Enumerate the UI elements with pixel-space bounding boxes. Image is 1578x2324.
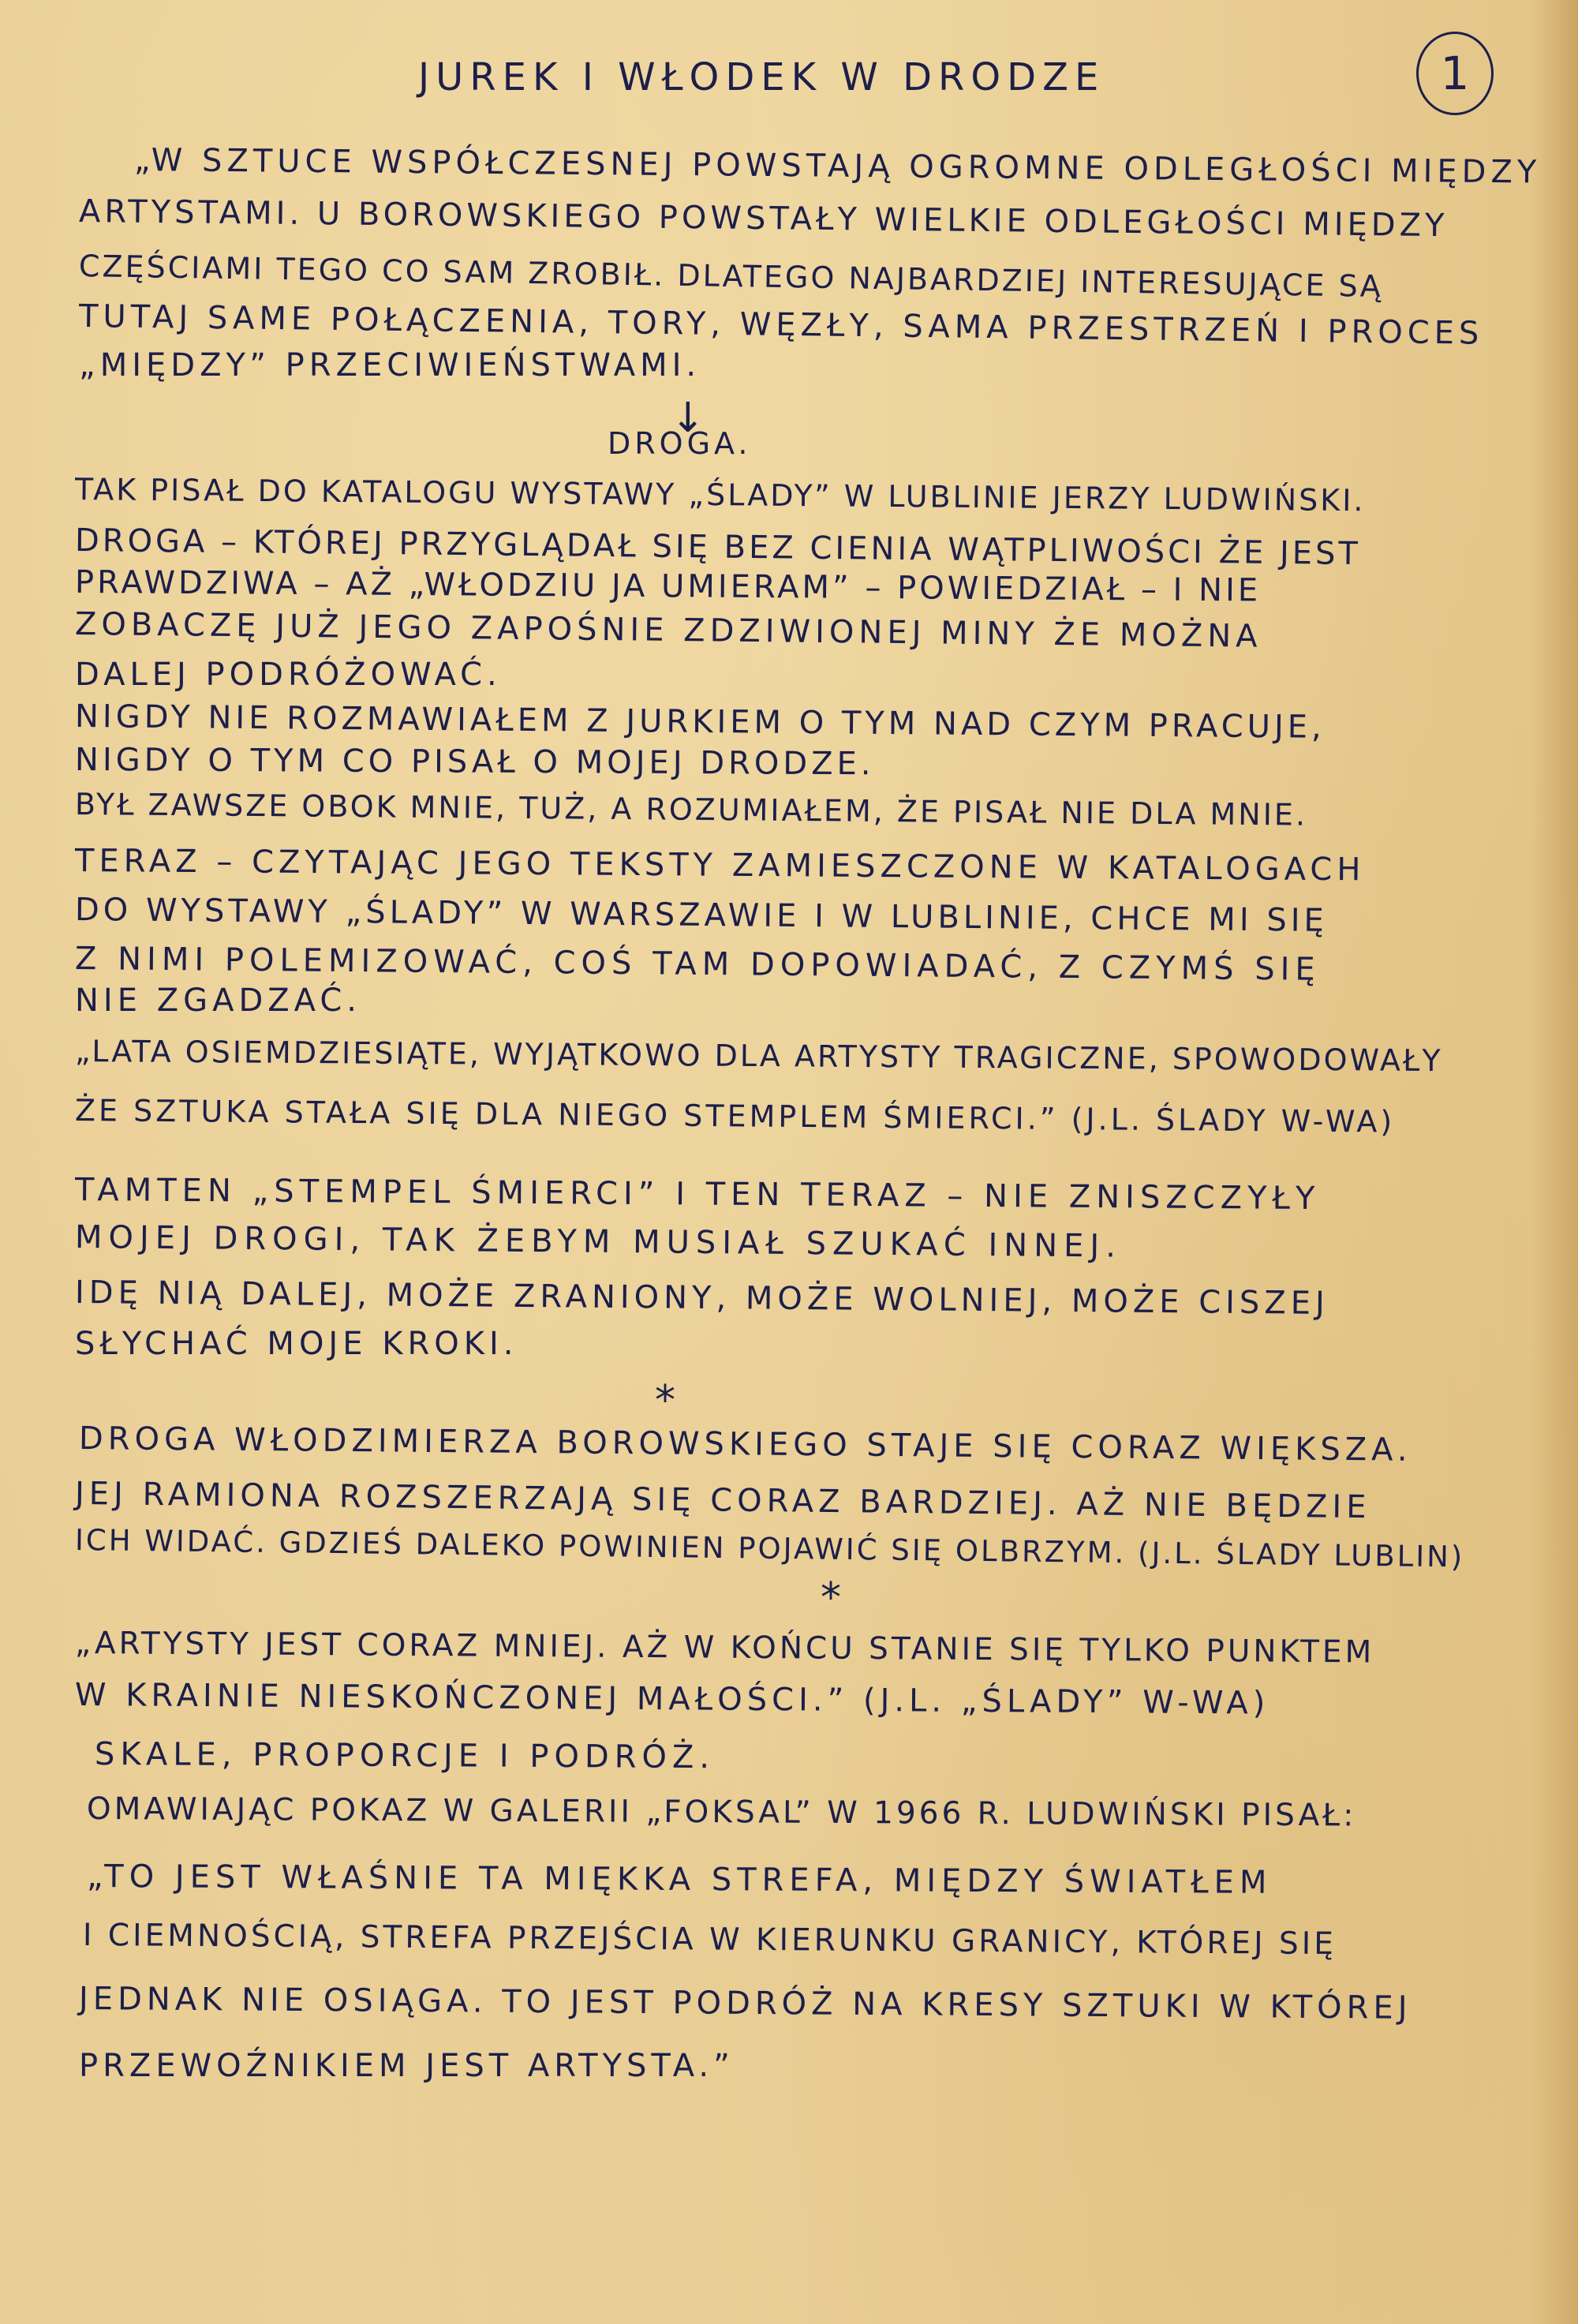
text-line: SŁYCHAĆ MOJE KROKI. bbox=[75, 1326, 518, 1362]
section-separator-asterisk-icon: * bbox=[821, 1574, 841, 1622]
text-line: TERAZ – CZYTAJĄC JEGO TEKSTY ZAMIESZCZON… bbox=[75, 843, 1366, 888]
text-line: „LATA OSIEMDZIESIĄTE, WYJĄTKOWO DLA ARTY… bbox=[75, 1034, 1443, 1078]
text-line: NIGDY O TYM CO PISAŁ O MOJEJ DRODZE. bbox=[75, 742, 875, 782]
page-title: JUREK I WŁODEK W DRODZE bbox=[418, 55, 1105, 99]
text-line: „TO JEST WŁAŚNIE TA MIĘKKA STREFA, MIĘDZ… bbox=[87, 1858, 1273, 1901]
page-number-circled: 1 bbox=[1416, 32, 1494, 115]
text-line: NIE ZGADZAĆ. bbox=[75, 982, 361, 1019]
text-line: ICH WIDAĆ. GDZIEŚ DALEKO POWINIEN POJAWI… bbox=[75, 1523, 1465, 1574]
text-line: TAMTEN „STEMPEL ŚMIERCI” I TEN TERAZ – N… bbox=[75, 1172, 1321, 1217]
text-line: W KRAINIE NIESKOŃCZONEJ MAŁOŚCI.” (J.L. … bbox=[75, 1677, 1270, 1722]
text-line: DROGA – KTÓREJ PRZYGLĄDAŁ SIĘ BEZ CIENIA… bbox=[75, 522, 1361, 572]
text-line: BYŁ ZAWSZE OBOK MNIE, TUŻ, A ROZUMIAŁEM,… bbox=[75, 787, 1307, 833]
text-line: ZOBACZĘ JUŻ JEGO ZAPOŚNIE ZDZIWIONEJ MIN… bbox=[75, 606, 1262, 655]
text-line: OMAWIAJĄC POKAZ W GALERII „FOKSAL” W 196… bbox=[87, 1791, 1357, 1833]
section-separator-asterisk-icon: * bbox=[655, 1377, 675, 1424]
text-line: IDĘ NIĄ DALEJ, MOŻE ZRANIONY, MOŻE WOLNI… bbox=[75, 1274, 1329, 1322]
text-line: DO WYSTAWY „ŚLADY” W WARSZAWIE I W LUBLI… bbox=[75, 892, 1328, 939]
text-line: TUTAJ SAME POŁĄCZENIA, TORY, WĘZŁY, SAMA… bbox=[79, 298, 1484, 352]
inserted-word: DROGA. bbox=[608, 426, 751, 461]
text-line: PRZEWOŹNIKIEM JEST ARTYSTA.” bbox=[79, 2048, 735, 2084]
text-line: I CIEMNOŚCIĄ, STREFA PRZEJŚCIA W KIERUNK… bbox=[83, 1918, 1337, 1962]
text-line: ARTYSTAMI. U BOROWSKIEGO POWSTAŁY WIELKI… bbox=[79, 193, 1449, 244]
text-line: JEDNAK NIE OSIĄGA. TO JEST PODRÓŻ NA KRE… bbox=[79, 1981, 1412, 2026]
text-line: „MIĘDZY” PRZECIWIEŃSTWAMI. bbox=[79, 347, 701, 384]
text-line: NIGDY NIE ROZMAWIAŁEM Z JURKIEM O TYM NA… bbox=[75, 698, 1326, 746]
text-line: ŻE SZTUKA STAŁA SIĘ DLA NIEGO STEMPLEM Ś… bbox=[75, 1093, 1396, 1140]
manuscript-page: JUREK I WŁODEK W DRODZE 1 „W SZTUCE WSPÓ… bbox=[0, 0, 1578, 2324]
text-line: „ARTYSTY JEST CORAZ MNIEJ. AŻ W KOŃCU ST… bbox=[75, 1626, 1375, 1670]
text-line: CZĘŚCIAMI TEGO CO SAM ZROBIŁ. DLATEGO NA… bbox=[79, 249, 1383, 304]
text-line: JEJ RAMIONA ROZSZERZAJĄ SIĘ CORAZ BARDZI… bbox=[75, 1476, 1371, 1525]
text-line: MOJEJ DROGI, TAK ŻEBYM MUSIAŁ SZUKAĆ INN… bbox=[75, 1219, 1122, 1265]
text-line: DROGA WŁODZIMIERZA BOROWSKIEGO STAJE SIĘ… bbox=[79, 1420, 1412, 1469]
text-line: PRAWDZIWA – AŻ „WŁODZIU JA UMIERAM” – PO… bbox=[75, 564, 1261, 608]
text-line: Z NIMI POLEMIZOWAĆ, COŚ TAM DOPOWIADAĆ, … bbox=[75, 941, 1321, 988]
text-line: „W SZTUCE WSPÓŁCZESNEJ POWSTAJĄ OGROMNE … bbox=[134, 142, 1542, 191]
text-line: TAK PISAŁ DO KATALOGU WYSTAWY „ŚLADY” W … bbox=[75, 472, 1366, 518]
text-line: SKALE, PROPORCJE I PODRÓŻ. bbox=[95, 1736, 715, 1776]
text-line: DALEJ PODRÓŻOWAĆ. bbox=[75, 657, 502, 693]
